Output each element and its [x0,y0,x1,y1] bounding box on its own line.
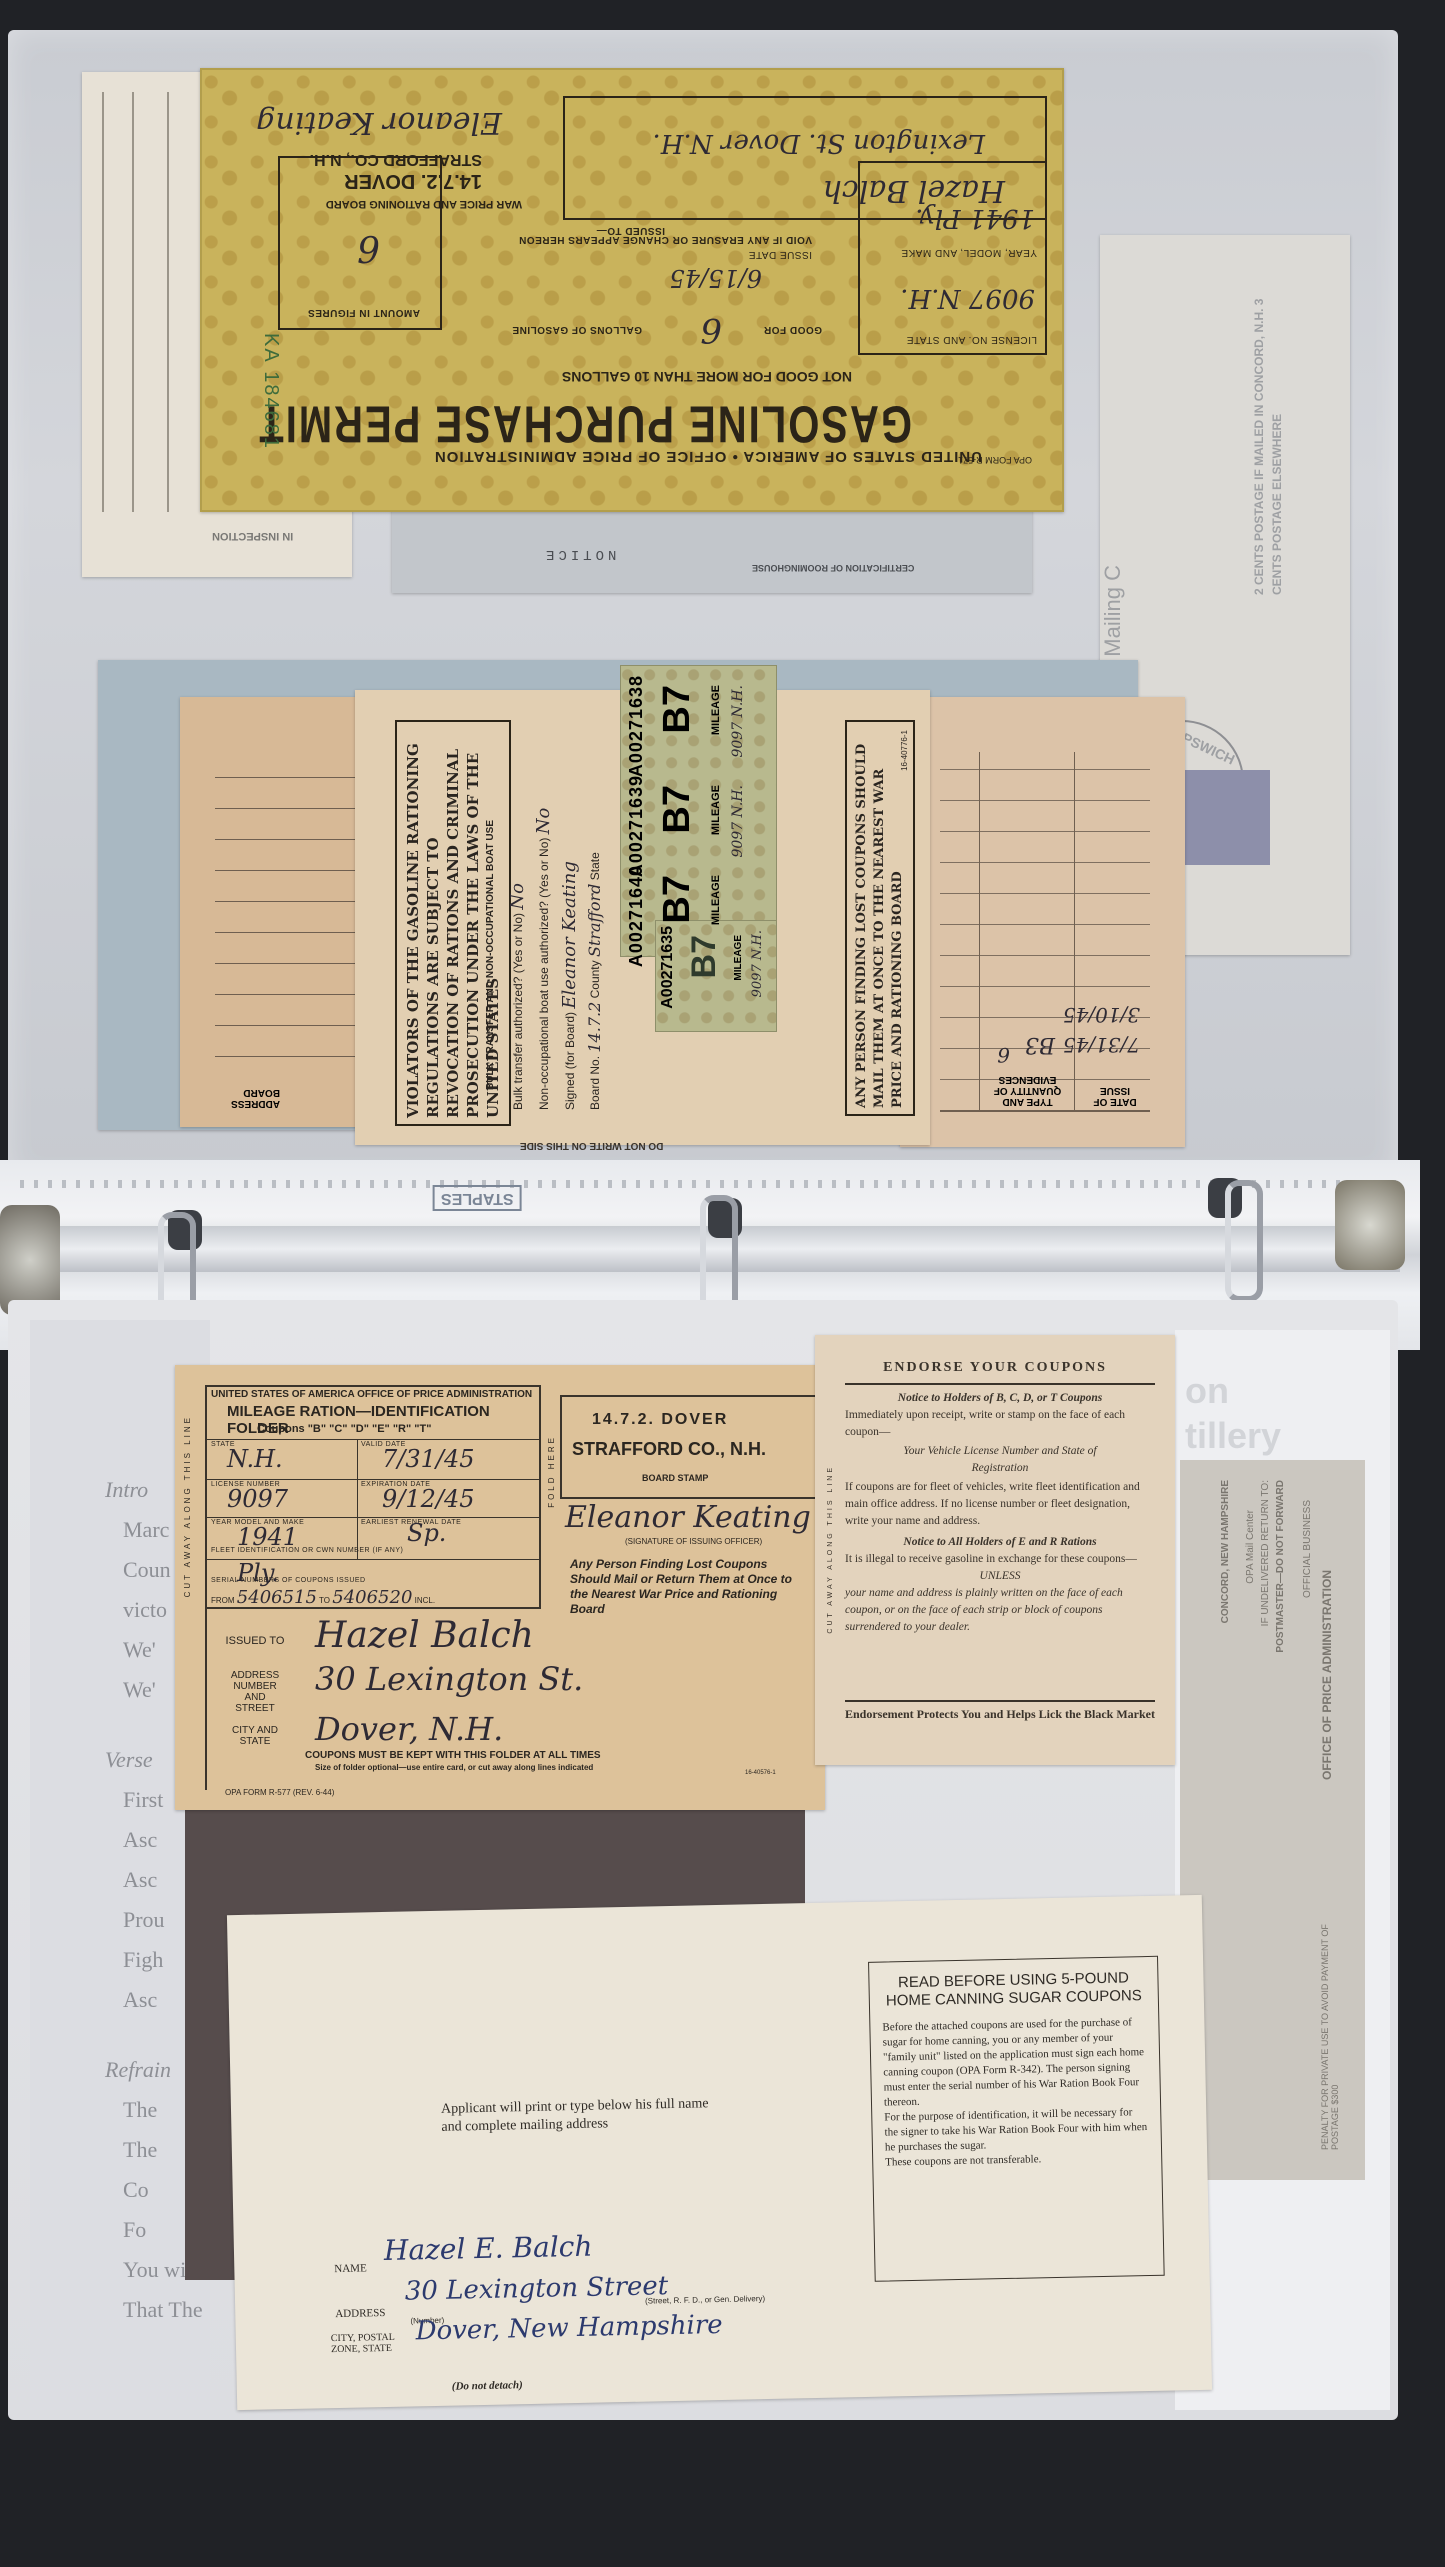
coupon-serial-2: A00271639 [626,775,647,877]
sugar-box-body: Before the attached coupons are used for… [882,2015,1148,2111]
vehicle-year-label: YEAR, MODEL, AND MAKE [901,247,1037,258]
folder-header: UNITED STATES OF AMERICA OFFICE OF PRICE… [211,1389,532,1400]
to-label: TO [319,1596,330,1605]
do-not-write-footer: DO NOT WRITE ON THIS SIDE [520,1140,663,1151]
state-label: State [588,852,602,880]
boat-question-text: Non-occupational boat use authorized? (Y… [537,838,551,1110]
notice-strip: NOTICE CERTIFICATION OF ROOMINGHOUSE [392,508,1032,593]
issued-to-name: Hazel Balch [823,173,1005,208]
state-value: N.H. [227,1445,283,1473]
board-no-value: 14.7.2 [585,1002,604,1053]
boat-answer: No [533,808,554,835]
binder-lever-hinge[interactable] [1335,1180,1405,1270]
opa-env-line2: OFFICIAL BUSINESS [1302,1500,1313,1598]
lyrics-line: That The [105,2290,203,2330]
unless-label: UNLESS [845,1568,1155,1585]
coupon-class-2: B7 [656,785,699,834]
notice1-title: Notice to Holders of B, C, D, or T Coupo… [845,1390,1155,1407]
serial-label: SERIAL NUMBERS OF COUPONS ISSUED [211,1577,366,1584]
address-board-label: ADDRESS BOARD [220,1087,280,1109]
issued-to-name: Hazel Balch [315,1615,534,1656]
opa-env-line6: CONCORD, NEW HAMPSHIRE [1220,1480,1231,1623]
sugar-city-label: CITY, POSTAL ZONE, STATE [331,2332,411,2356]
expiration-value: 9/12/45 [382,1485,475,1513]
license-value: 9097 [227,1485,288,1513]
city-state-value: Dover, N.H. [315,1710,503,1748]
board-county: STRAFFORD CO., N.H. [310,150,482,168]
officer-label: (SIGNATURE OF ISSUING OFFICER) [625,1537,762,1546]
fleet-label: FLEET IDENTIFICATION OR CWN NUMBER (IF A… [211,1547,403,1554]
notice1-emph: Your Vehicle License Number and State of… [845,1441,1155,1479]
mileage-record-card-right: DATE OF ISSUE TYPE AND QUANTITY OF EVIDE… [900,697,1185,1147]
coupon-class-1: B7 [656,685,699,734]
gasoline-purchase-permit: UNITED STATES OF AMERICA • OFFICE OF PRI… [200,68,1064,512]
record-row-1-date: 7/31/45 [1063,1033,1140,1057]
folder-form-label: OPA FORM R-577 (REV. 6-44) [225,1788,334,1797]
opa-env-line5: OPA Mail Center [1245,1510,1256,1584]
envelope-postage-text: 2 CENTS POSTAGE IF MAILED IN CONCORD, N.… [1250,295,1286,595]
cut-line-left: CUT AWAY ALONG THIS LINE [183,1415,192,1597]
notice2-title: Notice to All Holders of E and R Rations [845,1534,1155,1551]
sugar-box-title: READ BEFORE USING 5-POUND HOME CANNING S… [881,1969,1146,2011]
cut-line-right: CUT AWAY ALONG THIS LINE [827,1465,834,1634]
endorse-coupons-panel: CUT AWAY ALONG THIS LINE ENDORSE YOUR CO… [815,1335,1175,1765]
folder-coupons-line: Coupons "B" "C" "D" "E" "R" "T" [257,1423,431,1435]
sleeve-perforation-top [20,1180,1400,1188]
coupon-class-4: B7 [685,935,724,978]
board-stamp: 14.7.2. DOVER [344,169,482,192]
amount-value: 6 [357,227,380,268]
boat-question: Non-occupational boat use authorized? (Y… [533,730,554,1110]
issue-date-label: ISSUE DATE [748,249,812,260]
sugar-address-value: 30 Lexington Street [405,2271,669,2307]
void-notice: VOID IF ANY ERASURE OR CHANGE APPEARS HE… [519,234,812,245]
binder-lever-left[interactable] [0,1205,60,1315]
endorse-body: Notice to Holders of B, C, D, or T Coupo… [845,1390,1155,1636]
serial-prefix: KA [260,333,282,364]
issued-to-address: Lexington St. Dover N.H. [653,128,985,158]
vehicle-license-value: 9097 N.H. [900,283,1035,313]
sugar-street-hint: (Street, R. F. D., or Gen. Delivery) [645,2294,765,2306]
board-stamp-box: 14.7.2. DOVER STRAFFORD CO., N.H. BOARD … [560,1395,820,1499]
notice2-cond: your name and address is plainly written… [845,1585,1155,1636]
coupon-plate-1: 9097 N.H. [730,685,746,758]
violators-form-no: 16-40776-1 [900,730,909,771]
county-value: Strafford [585,884,604,957]
notice1-fleet: If coupons are for fleet of vehicles, wr… [845,1479,1155,1530]
sheet-fragment-1: on [1185,1370,1229,1412]
permit-form-label: OPA FORM R-571 [958,455,1032,465]
board-no-label: Board No. [588,1056,602,1110]
folder-lost-notice: Any Person Finding Lost Coupons Should M… [570,1557,810,1617]
serial-range: FROM 5406515 TO 5406520 INCL. [211,1587,435,1608]
size-notice: Size of folder optional—use entire card,… [315,1763,593,1772]
notice-title: NOTICE [542,546,616,562]
coupon-serial-3: A00271640 [626,865,647,967]
vehicle-license-label: LICENSE NO. AND STATE [906,334,1037,345]
folder-data-grid: UNITED STATES OF AMERICA OFFICE OF PRICE… [207,1385,541,1609]
col-type-quantity: TYPE AND QUANTITY OF EVIDENCES [985,1074,1070,1107]
do-not-detach: (Do not detach) [452,2379,523,2392]
to-value: 5406520 [332,1587,412,1608]
sugar-address-label: ADDRESS [335,2307,385,2320]
good-for-value: 6 [700,310,722,350]
record-row-1-type: B3 [1025,1032,1055,1057]
coupon-plate-4: 9097 N.H. [750,930,765,997]
signed-for-board: Signed (for Board) Eleanor Keating [559,730,580,1110]
coupon-label-3: MILEAGE [710,875,722,925]
signed-value: Eleanor Keating [559,861,580,1009]
board-stamp-line1: 14.7.2. DOVER [592,1411,728,1429]
incl-label: INCL. [415,1596,435,1605]
mileage-ration-folder: CUT AWAY ALONG THIS LINE UNITED STATES O… [175,1365,825,1810]
gallons-label: GALLONS OF GASOLINE [512,324,642,335]
sugar-city-value: Dover, New Hampshire [415,2310,723,2346]
sugar-box-body2: For the purpose of identification, it wi… [884,2105,1149,2156]
issue-date-value: 6/15/45 [669,264,762,292]
opa-env-line1: OFFICE OF PRICE ADMINISTRATION [1320,1480,1334,1780]
folder-form-no: 16-40576-1 [745,1770,776,1776]
permit-subtitle: NOT GOOD FOR MORE THAN 10 GALLONS [562,369,852,385]
city-state-label: CITY AND STATE [225,1725,285,1747]
bulk-question-text: Bulk transfer authorized? (Yes or No) [511,913,525,1110]
signed-label: Signed (for Board) [563,1012,577,1110]
bulk-answer: No [507,883,528,910]
opa-env-line3: POSTMASTER—DO NOT FORWARD [1275,1480,1286,1653]
opa-env-penalty: PENALTY FOR PRIVATE USE TO AVOID PAYMENT… [1320,1900,1340,2150]
amount-label: AMOUNT IN FIGURES [308,307,420,318]
permit-signature: Eleanor Keating [256,105,502,140]
folder-address-label: ADDRESS NUMBER AND STREET [225,1670,285,1714]
from-label: FROM [211,1596,235,1605]
endorse-title: ENDORSE YOUR COUPONS [815,1360,1175,1376]
home-canning-sugar-card: Applicant will print or type below his f… [227,1895,1212,2410]
issued-to-box: ISSUED TO— Hazel Balch Lexington St. Dov… [563,96,1047,220]
from-value: 5406515 [237,1587,317,1608]
applicant-instruction: Applicant will print or type below his f… [441,2095,722,2137]
coupon-serial-4: A00271635 [659,926,677,1009]
board-stamp-label: BOARD STAMP [642,1473,708,1483]
record-row-2-date: 3/10/45 [1063,1003,1140,1027]
bulk-question: Bulk transfer authorized? (Yes or No) No [507,730,528,1110]
board-label: WAR PRICE AND RATIONING BOARD [326,198,522,210]
sugar-name-value: Hazel E. Balch [384,2230,593,2267]
opa-env-line4: IF UNDELIVERED RETURN TO: [1260,1480,1271,1626]
coupon-serial-1: A00271638 [626,675,647,777]
record-row-1-qty: 6 [997,1043,1010,1067]
coupon-label-2: MILEAGE [710,785,722,835]
board-no-line: Board No. 14.7.2 County Strafford State [585,730,604,1110]
permit-title: GASOLINE PURCHASE PERMIT [257,393,912,452]
coupon-label-4: MILEAGE [733,935,744,981]
serial-number: 184681 [260,371,282,450]
opa-official-envelope: OFFICE OF PRICE ADMINISTRATION OFFICIAL … [1180,1460,1365,2180]
county-label: County [588,960,602,998]
issued-to-label: ISSUED TO— [596,225,665,236]
staples-logo-mirrored: STAPLES [433,1185,522,1211]
renewal-value: Sp. [407,1519,446,1547]
notice2-body: It is illegal to receive gasoline in exc… [845,1551,1155,1568]
coupon-class-3: B7 [656,875,699,924]
binder-ring-2[interactable] [700,1195,738,1317]
permit-serial: KA 184681 [259,333,282,450]
endorse-footer: Endorsement Protects You and Helps Lick … [845,1707,1155,1722]
coupon-label-1: MILEAGE [710,685,722,735]
board-stamp-line2: STRAFFORD CO., N.H. [572,1439,766,1460]
sugar-instructions-box: READ BEFORE USING 5-POUND HOME CANNING S… [868,1956,1165,2282]
folder-address-value: 30 Lexington St. [315,1660,583,1698]
coupon-plate-2: 9097 N.H. [730,785,746,858]
lost-coupons-notice: ANY PERSON FINDING LOST COUPONS SHOULD M… [845,720,915,1116]
bulk-section-title: BULK TRANSFER AND NON-OCCUPATIONAL BOAT … [485,730,496,1090]
notice-certification: CERTIFICATION OF ROOMINGHOUSE [752,563,914,573]
sugar-name-label: NAME [334,2262,367,2275]
inspection-label: IN INSPECTION [212,530,293,542]
fold-here: FOLD HERE [547,1435,556,1508]
notice1-body: Immediately upon receipt, write or stamp… [845,1407,1155,1441]
binder-ring-3[interactable] [1225,1180,1263,1302]
envelope-fragment: Mailing C [1100,565,1126,657]
officer-signature: Eleanor Keating [565,1500,811,1535]
valid-date-value: 7/31/45 [382,1445,475,1473]
col-date-of-issue: DATE OF ISSUE [1085,1085,1145,1107]
issued-to-label: ISSUED TO [225,1635,285,1647]
sheet-fragment-2: tillery [1185,1415,1281,1457]
good-for-label: GOOD FOR [764,324,822,335]
keep-notice: COUPONS MUST BE KEPT WITH THIS FOLDER AT… [305,1750,601,1761]
